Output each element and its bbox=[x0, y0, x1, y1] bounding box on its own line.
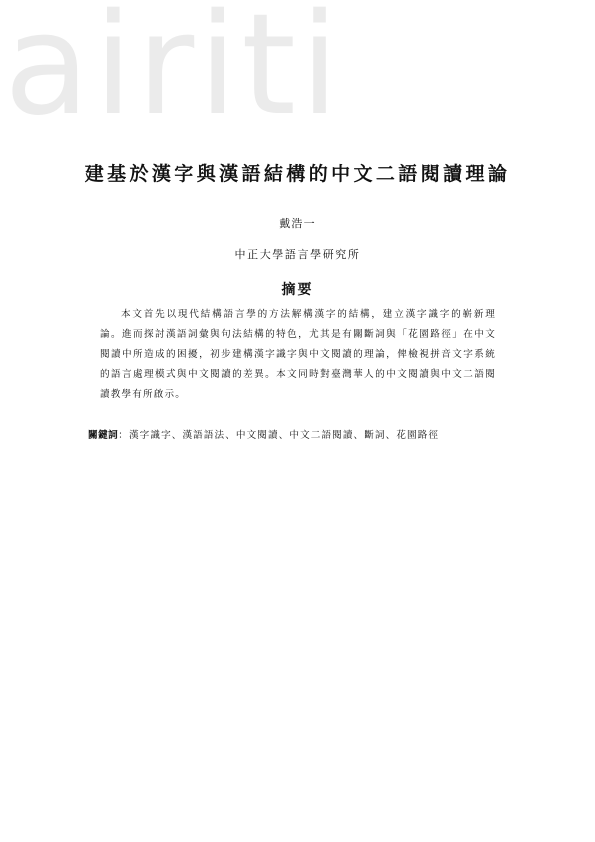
abstract-heading: 摘要 bbox=[0, 281, 595, 299]
keywords-separator: ： bbox=[118, 430, 129, 441]
paper-title: 建基於漢字與漢語結構的中文二語閱讀理論 bbox=[0, 162, 595, 186]
abstract-body: 本文首先以現代結構語言學的方法解構漢字的結構，建立漢字識字的嶄新理論。進而探討漢… bbox=[100, 305, 496, 405]
keywords-line: 關鍵詞：漢字識字、漢語語法、中文閱讀、中文二語閱讀、斷詞、花園路徑 bbox=[88, 428, 508, 444]
keywords-list: 漢字識字、漢語語法、中文閱讀、中文二語閱讀、斷詞、花園路徑 bbox=[129, 430, 439, 441]
keywords-label: 關鍵詞 bbox=[88, 430, 118, 441]
airiti-watermark: airiti bbox=[4, 0, 343, 136]
author-name: 戴浩一 bbox=[0, 216, 595, 232]
author-affiliation: 中正大學語言學研究所 bbox=[0, 247, 595, 263]
